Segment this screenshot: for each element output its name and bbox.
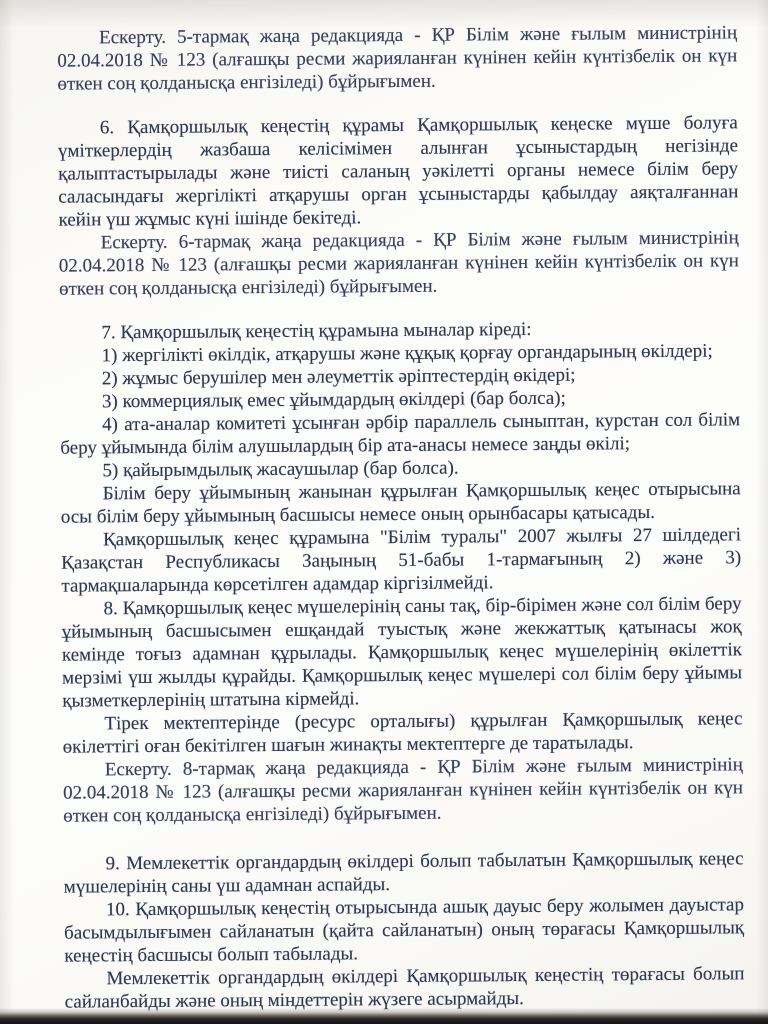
scan-shadow-left [0, 0, 14, 1024]
clause-8: 8. Қамқоршылық кеңес мүшелерінің саны та… [61, 592, 742, 712]
document-text: Ескерту. 5-тармақ жаңа редакцияда - ҚР Б… [57, 21, 745, 1013]
note-clause-5: Ескерту. 5-тармақ жаңа редакцияда - ҚР Б… [57, 21, 738, 95]
note-clause-6: Ескерту. 6-тармақ жаңа редакцияда - ҚР Б… [59, 226, 740, 300]
clause-10-para-state-bodies: Мемлекеттік органдардың өкілдері Қамқорш… [64, 962, 744, 1013]
scan-shadow-right [756, 0, 768, 1024]
clause-8-para-resource-centers: Тірек мектептерінде (ресурс орталығы) құ… [62, 707, 742, 758]
clause-6: 6. Қамқоршылық кеңестің құрамы Қамқоршыл… [58, 111, 739, 231]
clause-10: 10. Қамқоршылық кеңестің отырысында ашық… [64, 893, 745, 967]
clause-9: 9. Мемлекеттік органдардың өкілдері болы… [63, 847, 743, 898]
page-bottom-edge [0, 1008, 768, 1024]
clause-7-para-attendance: Білім беру ұйымының жанынан құрылған Қам… [61, 477, 741, 528]
document-page: Ескерту. 5-тармақ жаңа редакцияда - ҚР Б… [0, 0, 768, 1024]
note-clause-8: Ескерту. 8-тармақ жаңа редакцияда - ҚР Б… [63, 753, 744, 827]
clause-7-item-4: 4) ата-аналар комитеті ұсынған әрбір пар… [60, 408, 740, 459]
clause-7-para-exclusions: Қамқоршылық кеңес құрамына "Білім туралы… [61, 523, 742, 597]
